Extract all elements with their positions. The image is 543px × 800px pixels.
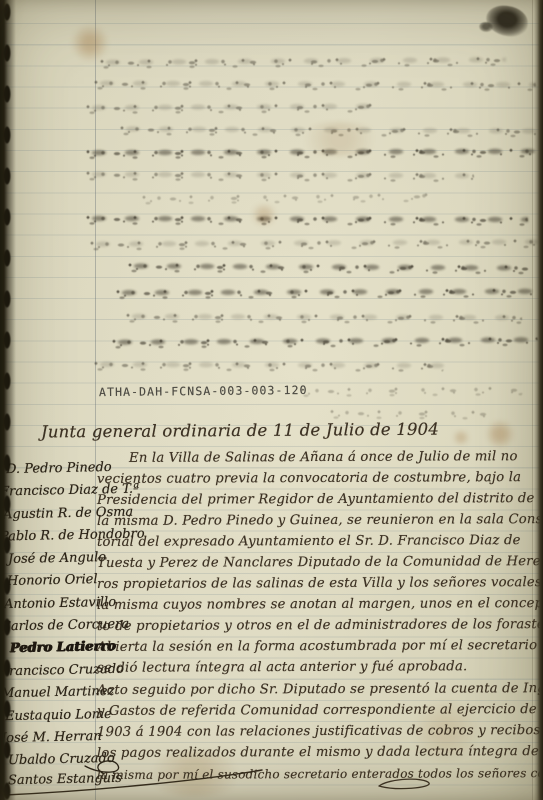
stain-mark [484, 420, 516, 448]
stain-mark [70, 24, 110, 62]
attendee-name: José M. Herran [1, 729, 102, 746]
minutes-line: ros propietarios de las salinas de esta … [97, 575, 543, 592]
ink-bleedthrough-line [84, 169, 474, 184]
ink-blot [484, 4, 529, 39]
minutes-line: se dió lectura íntegra al acta anterior … [97, 659, 467, 676]
binding-edge [0, 0, 16, 800]
minutes-line: torial del expresado Ayuntamiento el Sr.… [97, 533, 521, 550]
page-edge-right [534, 0, 543, 800]
ink-bleedthrough-line [88, 237, 538, 252]
paraph-flourish [376, 776, 434, 794]
minutes-line: En la Villa de Salinas de Añana á once d… [129, 449, 518, 466]
attendee-name: D. Pedro Pinedo [6, 460, 112, 477]
ink-bleedthrough-line [98, 55, 506, 71]
manuscript-page: ATHA-DAH-FCNSA-003-003-120 Junta general… [0, 0, 543, 800]
ink-bleedthrough-line [110, 335, 538, 351]
ink-bleedthrough-line [84, 101, 374, 116]
page-fold-line [532, 0, 533, 800]
ink-bleedthrough-line [92, 359, 444, 373]
ink-bleedthrough-line [84, 213, 528, 227]
ink-bleedthrough-line [114, 286, 536, 300]
ink-blot [479, 22, 493, 32]
minutes-line: Abierta la sesión en la forma acostumbra… [97, 638, 537, 655]
attendee-name: Manuel Martinez [1, 684, 115, 701]
ink-bleedthrough-line [140, 191, 432, 207]
attendee-name: Pablo R. de Hondobro [0, 526, 145, 544]
stain-mark [250, 204, 278, 226]
attendee-name: Antonio Estavillo [4, 595, 116, 612]
minutes-line: Tuesta y Perez de Nanclares Diputado de … [97, 554, 543, 571]
attendee-name: Pedro Latierro [10, 639, 116, 656]
attendee-name: Francisco Diaz de T.ª [0, 482, 139, 500]
stain-mark [452, 430, 470, 445]
ink-bleedthrough-line [92, 78, 536, 93]
minutes-line: la misma cuyos nombres se anotan al marg… [97, 596, 543, 613]
session-title: Junta general ordinaria de 11 de Julio d… [41, 420, 439, 442]
attendee-name: José de Angulo [8, 550, 106, 567]
minutes-line: vecientos cuatro previa la convocatoria … [97, 470, 521, 487]
ink-bleedthrough-line [124, 311, 522, 325]
minutes-line: to de propietarios y otros en el de admi… [97, 617, 543, 634]
minutes-line: 1903 á 1904 con las relaciones justifica… [97, 723, 543, 740]
attendee-name: Francisco Cruzado [0, 662, 124, 680]
attendee-name: Eustaquio Lome [5, 707, 112, 724]
attendee-name: Carlos de Corcuera [1, 617, 129, 635]
signature-flourish [0, 756, 270, 800]
attendee-name: Honorio Oriel [7, 572, 98, 589]
archive-reference-stamp: ATHA-DAH-FCNSA-003-003-120 [99, 383, 308, 399]
margin-rule-line [95, 0, 96, 800]
ink-bleedthrough-line [298, 384, 523, 399]
minutes-line: Acto seguido por dicho Sr. Diputado se p… [97, 681, 543, 698]
minutes-line: Presidencia del primer Regidor de Ayunta… [97, 491, 535, 508]
stain-mark [292, 122, 387, 156]
ink-bleedthrough-line [126, 261, 528, 276]
minutes-line: la misma D. Pedro Pinedo y Guinea, se re… [97, 512, 543, 529]
attendee-name: Agustin R. de Osma [3, 505, 134, 523]
minutes-line: y Gastos de referida Comunidad correspon… [97, 702, 537, 719]
